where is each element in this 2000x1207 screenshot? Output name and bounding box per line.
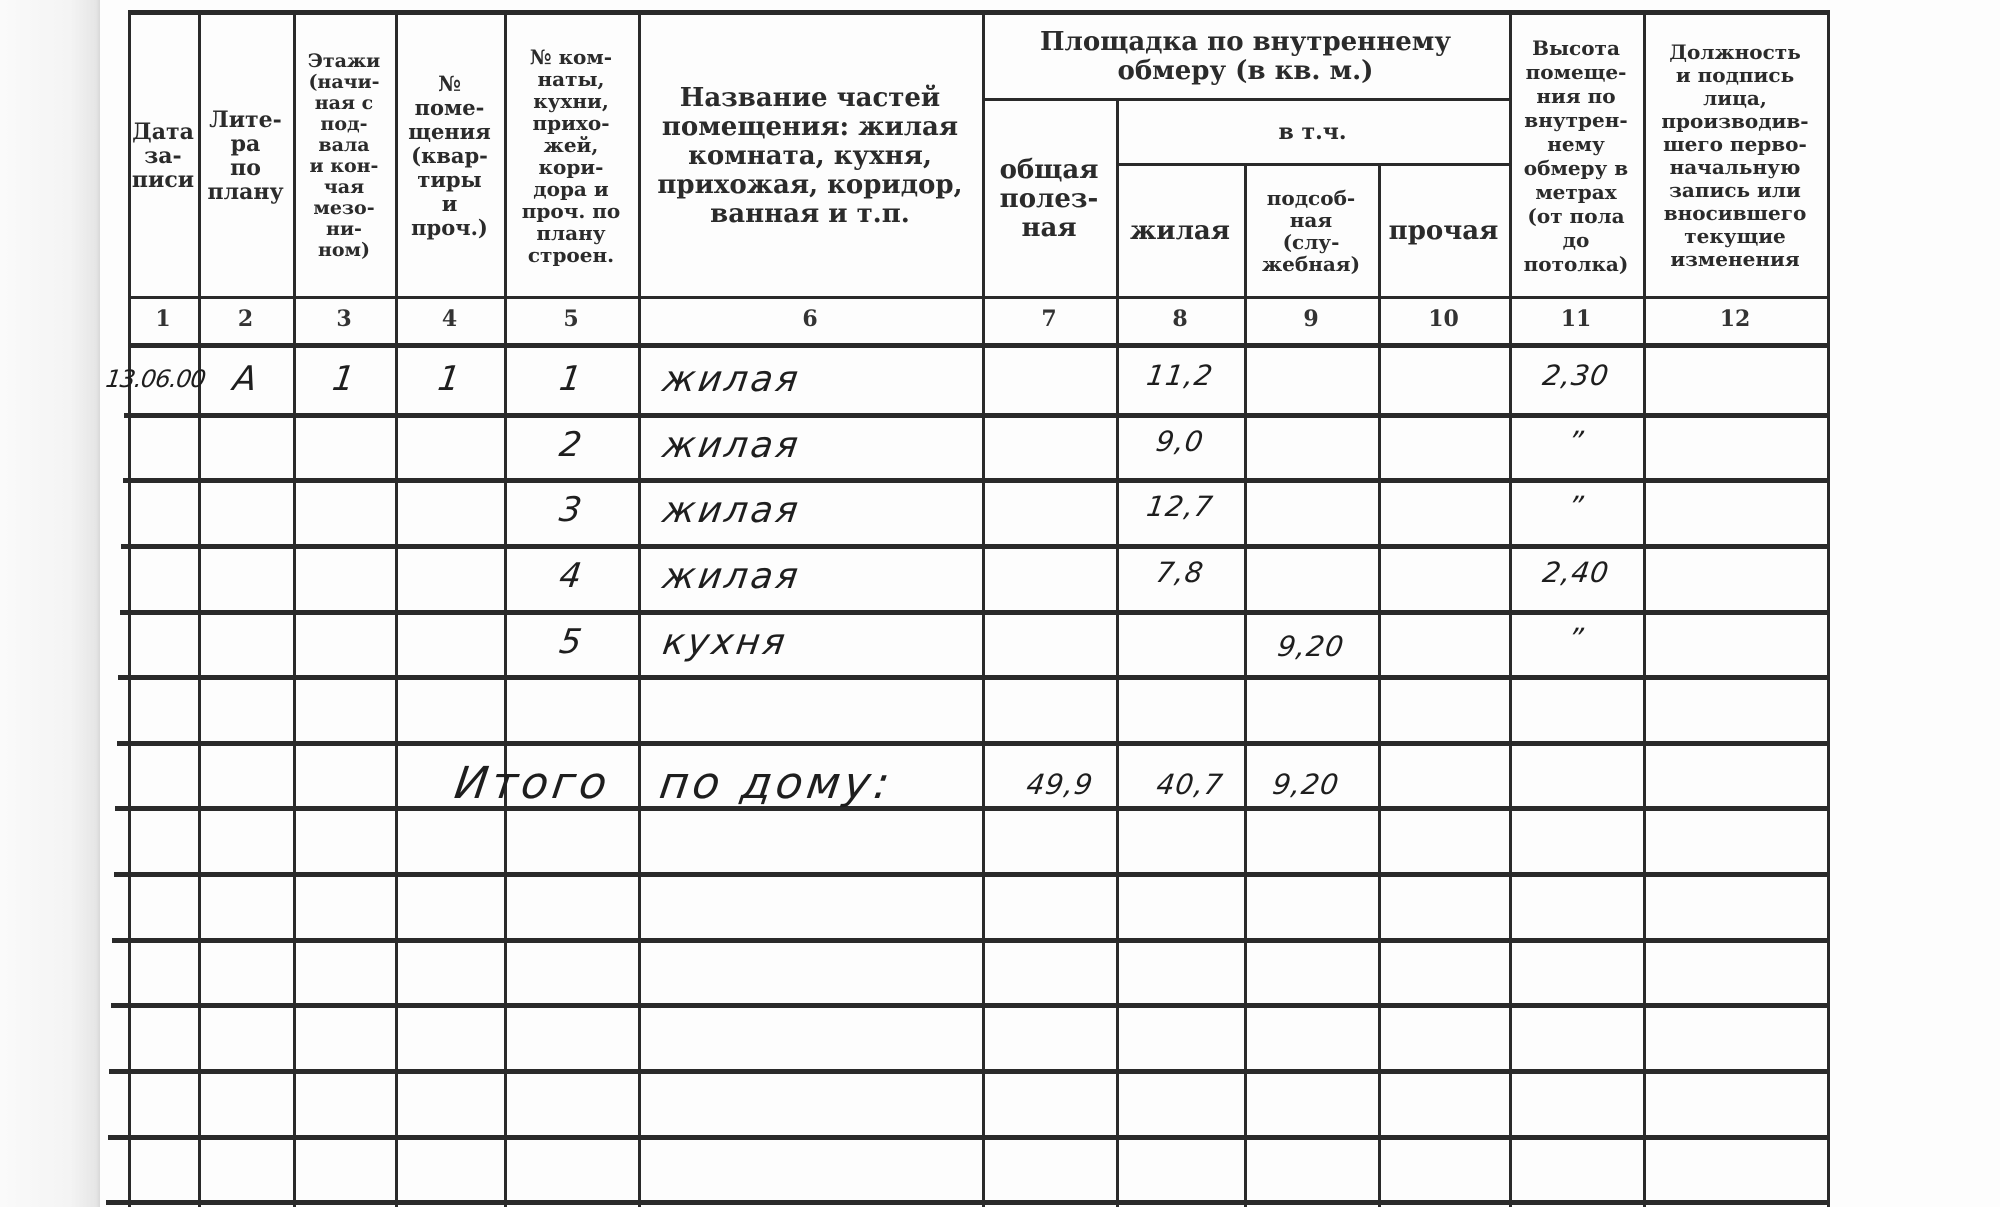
- cell-room-height: ”: [1507, 622, 1646, 655]
- row-rule: [117, 741, 1831, 746]
- cell-room-height: ”: [1507, 425, 1646, 458]
- totals-living-area: 40,7: [1138, 768, 1243, 801]
- column-number: 11: [1509, 306, 1643, 332]
- cell-living-area: 9,0: [1114, 425, 1247, 458]
- column-number: 3: [293, 306, 395, 332]
- cell-room-number: 5: [501, 622, 641, 662]
- header-room-height: Высота помеще- ния по внутрен- нему обме…: [1509, 14, 1643, 297]
- header-other-area: прочая: [1378, 165, 1509, 297]
- header-date: Дата за- писи: [128, 16, 198, 296]
- totals-label: Итого: [451, 758, 614, 809]
- row-rule: [118, 675, 1830, 680]
- row-rule: [114, 872, 1831, 877]
- header-floors: Этажи (начи- ная с под- вала и кон- чая …: [293, 16, 395, 296]
- cell-room-number: 3: [501, 490, 641, 530]
- column-number: 4: [395, 306, 504, 332]
- row-rule: [121, 544, 1830, 549]
- header-auxiliary-area: подсоб- ная (слу- жебная): [1244, 165, 1378, 297]
- column-number: 2: [198, 306, 293, 332]
- cell-room-number: 4: [501, 556, 641, 596]
- column-number: 9: [1244, 306, 1378, 332]
- column-number: 8: [1116, 306, 1244, 332]
- header-room-name: Название частей помещения: жилая комната…: [638, 16, 982, 296]
- header-litera: Лите- ра по плану: [198, 16, 293, 296]
- row-rule: [112, 938, 1830, 943]
- row-rule: [106, 1200, 1830, 1205]
- cell-living-area: 11,2: [1114, 359, 1247, 392]
- header-including: в т.ч.: [1116, 101, 1509, 163]
- header-room-number: № ком- наты, кухни, прихо- жей, кори- до…: [504, 16, 638, 296]
- cell-living-area: 7,8: [1114, 556, 1247, 589]
- cell-room-height: 2,40: [1507, 556, 1646, 589]
- cell-room-number: 1: [501, 359, 641, 399]
- column-numbers-bottom-rule: [128, 343, 1830, 348]
- row-rule: [120, 610, 1831, 615]
- cell-room-name: жилая: [660, 556, 803, 597]
- header-area-group: Площадка по внутреннему обмеру (в кв. м.…: [982, 14, 1509, 99]
- column-number: 5: [504, 306, 638, 332]
- cell-room-name: жилая: [660, 425, 803, 466]
- column-rule: [1827, 12, 1830, 1207]
- header-premise-number: № поме- щения (квар- тиры и проч.): [395, 16, 504, 296]
- cell-room-height: 2,30: [1507, 359, 1646, 392]
- header-total-useful: общая полез- ная: [982, 101, 1116, 297]
- column-number: 1: [128, 306, 198, 332]
- scan-paper-edge: [0, 0, 100, 1207]
- cell-auxiliary-area: 9,20: [1242, 630, 1381, 663]
- totals-label-suffix: по дому:: [656, 758, 896, 809]
- column-number: 12: [1643, 306, 1827, 332]
- cell-room-number: 2: [501, 425, 641, 465]
- cell-room-name: жилая: [660, 359, 803, 400]
- cell-floor: 1: [290, 359, 398, 399]
- cell-litera: А: [195, 359, 296, 399]
- totals-auxiliary-area: 9,20: [1254, 768, 1359, 801]
- row-rule: [111, 1003, 1831, 1008]
- row-rule: [108, 1135, 1831, 1140]
- row-rule: [124, 413, 1830, 418]
- row-rule: [115, 806, 1830, 811]
- cell-date: 13.06.00: [104, 365, 200, 393]
- cell-room-height: ”: [1507, 490, 1646, 523]
- column-number: 7: [982, 306, 1116, 332]
- header-signature: Должность и подпись лица, производив- ше…: [1643, 14, 1827, 297]
- cell-room-name: жилая: [660, 490, 803, 531]
- cell-living-area: 12,7: [1114, 490, 1247, 523]
- header-living-area: жилая: [1116, 165, 1244, 297]
- column-number: 6: [638, 306, 982, 332]
- row-rule: [123, 478, 1831, 483]
- column-number: 10: [1378, 306, 1509, 332]
- cell-room-name: кухня: [660, 622, 790, 663]
- cell-premise-number: 1: [392, 359, 507, 399]
- totals-total-area: 49,9: [1008, 768, 1113, 801]
- row-rule: [109, 1069, 1830, 1074]
